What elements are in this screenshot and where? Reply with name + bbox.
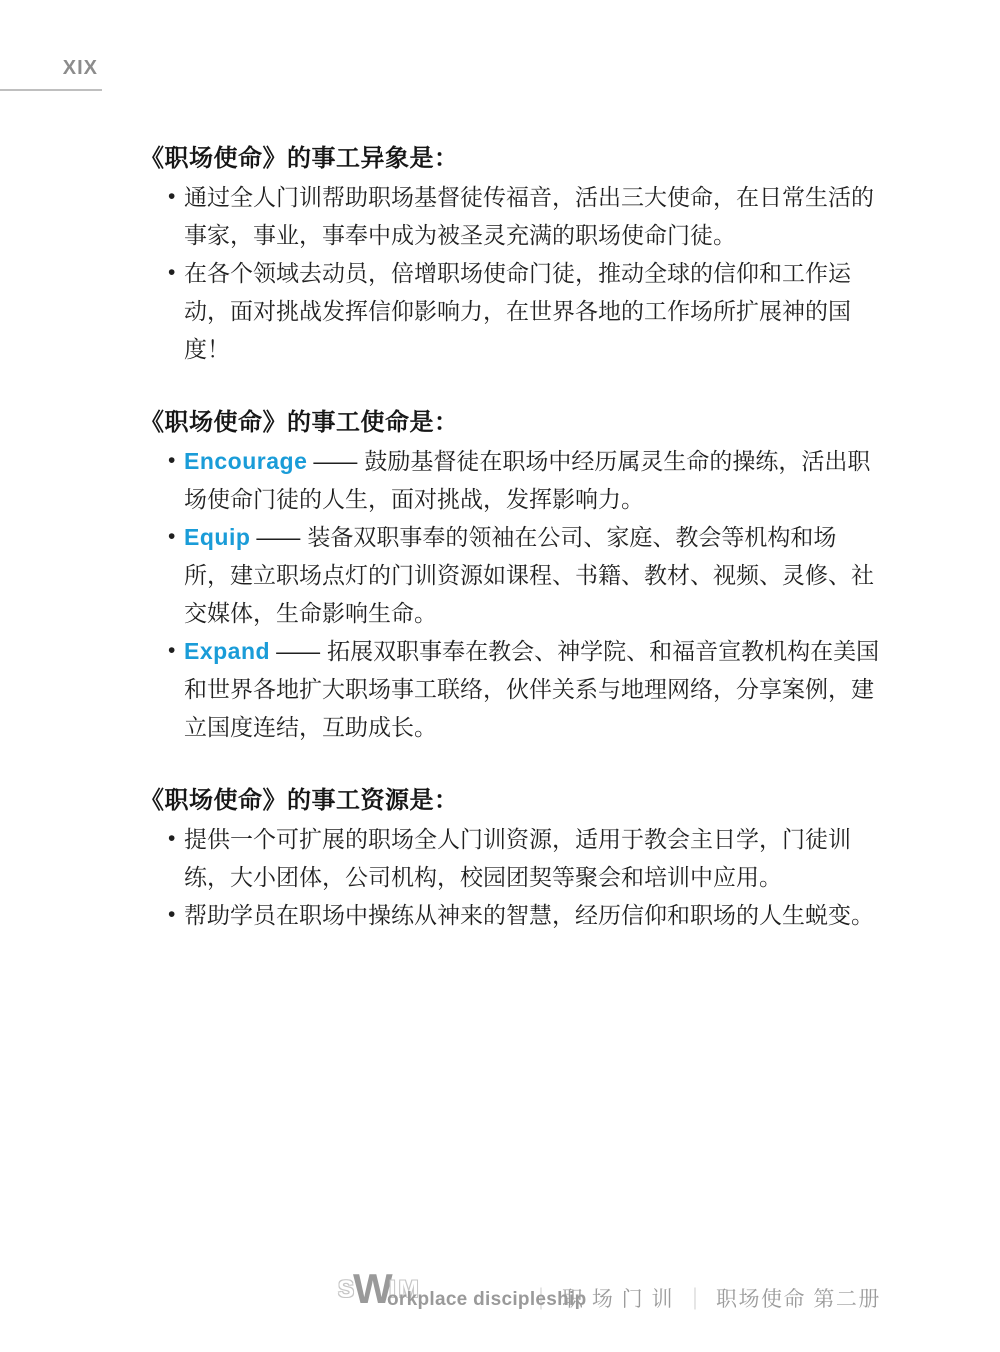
bullet-list: • 通过全人门训帮助职场基督徒传福音，活出三大使命，在日常生活的事家，事业，事奉… [140, 178, 882, 368]
document-page: XIX 《职场使命》的事工异象是： • 通过全人门训帮助职场基督徒传福音，活出三… [0, 0, 1000, 1352]
bullet-text: 在各个领域去动员，倍增职场使命门徒，推动全球的信仰和工作运动，面对挑战发挥信仰影… [184, 260, 851, 362]
keyword-encourage: Encourage [184, 448, 307, 474]
keyword-equip: Equip [184, 524, 250, 550]
bullet-item: • 提供一个可扩展的职场全人门训资源，适用于教会主日学，门徒训练，大小团体，公司… [140, 820, 882, 896]
footer-separator-bar: ｜ [684, 1287, 706, 1313]
bullet-dot-icon: • [168, 632, 175, 670]
bullet-text: 帮助学员在职场中操练从神来的智慧，经历信仰和职场的人生蜕变。 [184, 902, 874, 928]
footer-volume-title: 职场使命 第二册 [716, 1286, 881, 1313]
bullet-dot-icon: • [168, 896, 175, 934]
bullet-item: •Encourage——鼓励基督徒在职场中经历属灵生命的操练，活出职场使命门徒的… [140, 442, 882, 518]
em-dash: —— [256, 524, 298, 550]
folio-divider-line [0, 89, 102, 91]
em-dash: —— [313, 448, 355, 474]
section-heading: 《职场使命》的事工使命是： [140, 404, 882, 442]
bullet-dot-icon: • [168, 442, 175, 480]
bullet-text: 通过全人门训帮助职场基督徒传福音，活出三大使命，在日常生活的事家，事业，事奉中成… [184, 184, 874, 248]
swim-logo: S W IM orkplace discipleship [338, 1270, 520, 1314]
em-dash: —— [276, 638, 318, 664]
section-heading: 《职场使命》的事工异象是： [140, 140, 882, 178]
logo-tagline: orkplace discipleship [387, 1289, 587, 1311]
bullet-list: • 提供一个可扩展的职场全人门训资源，适用于教会主日学，门徒训练，大小团体，公司… [140, 820, 882, 934]
bullet-list: •Encourage——鼓励基督徒在职场中经历属灵生命的操练，活出职场使命门徒的… [140, 442, 882, 746]
bullet-item: • 在各个领域去动员，倍增职场使命门徒，推动全球的信仰和工作运动，面对挑战发挥信… [140, 254, 882, 368]
bullet-dot-icon: • [168, 518, 175, 556]
bullet-dot-icon: • [168, 178, 175, 216]
bullet-item: • 帮助学员在职场中操练从神来的智慧，经历信仰和职场的人生蜕变。 [140, 896, 882, 934]
bullet-item: •Expand——拓展双职事奉在教会、神学院、和福音宣教机构在美国和世界各地扩大… [140, 632, 882, 746]
section-resources: 《职场使命》的事工资源是： • 提供一个可扩展的职场全人门训资源，适用于教会主日… [140, 782, 882, 934]
section-mission: 《职场使命》的事工使命是： •Encourage——鼓励基督徒在职场中经历属灵生… [140, 404, 882, 746]
bullet-dot-icon: • [168, 254, 175, 292]
bullet-dot-icon: • [168, 820, 175, 858]
main-content: 《职场使命》的事工异象是： • 通过全人门训帮助职场基督徒传福音，活出三大使命，… [140, 140, 882, 934]
page-number: XIX [0, 57, 98, 80]
bullet-item: •Equip——装备双职事奉的领袖在公司、家庭、教会等机构和场所，建立职场点灯的… [140, 518, 882, 632]
bullet-text: 提供一个可扩展的职场全人门训资源，适用于教会主日学，门徒训练，大小团体，公司机构… [184, 826, 851, 890]
keyword-expand: Expand [184, 638, 270, 664]
section-vision: 《职场使命》的事工异象是： • 通过全人门训帮助职场基督徒传福音，活出三大使命，… [140, 140, 882, 368]
page-footer: S W IM orkplace discipleship ｜ 职 场 门 训 ｜… [338, 1270, 881, 1314]
section-heading: 《职场使命》的事工资源是： [140, 782, 882, 820]
bullet-item: • 通过全人门训帮助职场基督徒传福音，活出三大使命，在日常生活的事家，事业，事奉… [140, 178, 882, 254]
logo-letter-s: S [338, 1276, 354, 1304]
